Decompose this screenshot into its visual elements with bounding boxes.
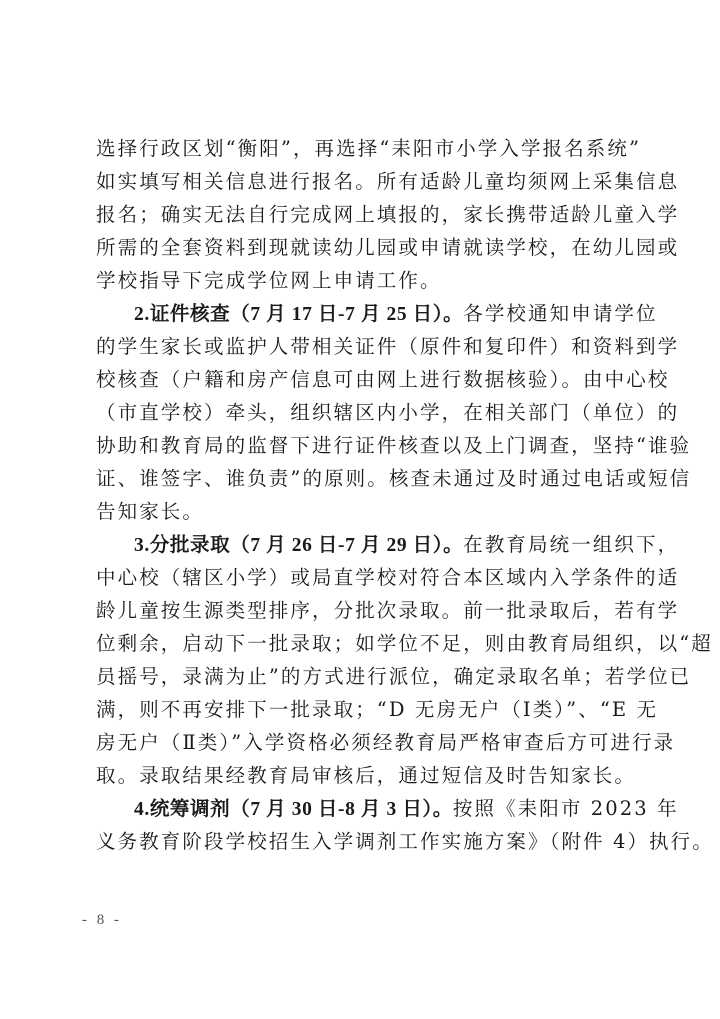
section-heading-certificate-check: 2.证件核查（7 月 17 日-7 月 25 日）。 <box>134 304 463 325</box>
text-line: 告知家长。 <box>96 495 624 528</box>
section-heading-line: 2.证件核查（7 月 17 日-7 月 25 日）。各学校通知申请学位 <box>96 297 624 330</box>
text-line: 校核查（户籍和房产信息可由网上进行数据核验）。由中心校 <box>96 363 624 396</box>
text-line: 满，则不再安排下一批录取；“D 无房无户（Ⅰ类）”、“E 无 <box>96 693 624 726</box>
document-page: 选择行政区划“衡阳”，再选择“耒阳市小学入学报名系统” 如实填写相关信息进行报名… <box>0 0 720 1019</box>
text-line: 协助和教育局的监督下进行证件核查以及上门调查，坚持“谁验 <box>96 429 624 462</box>
text-span: 按照《耒阳市 2023 年 <box>453 797 679 820</box>
section-heading-batch-admission: 3.分批录取（7 月 26 日-7 月 29 日）。 <box>134 535 463 556</box>
text-line: 位剩余，启动下一批录取；如学位不足，则由教育局组织，以“超 <box>96 627 624 660</box>
text-span: 各学校通知申请学位 <box>463 302 657 325</box>
text-line: 中心校（辖区小学）或局直学校对符合本区域内入学条件的适 <box>96 561 624 594</box>
text-line: 龄儿童按生源类型排序，分批次录取。前一批录取后，若有学 <box>96 594 624 627</box>
text-line: 证、谁签字、谁负责”的原则。核查未通过及时通过电话或短信 <box>96 462 624 495</box>
text-line: 员摇号，录满为止”的方式进行派位，确定录取名单；若学位已 <box>96 660 624 693</box>
text-line: 选择行政区划“衡阳”，再选择“耒阳市小学入学报名系统” <box>96 132 624 165</box>
page-number: - 8 - <box>82 912 122 929</box>
text-line: 学校指导下完成学位网上申请工作。 <box>96 264 624 297</box>
text-line: 的学生家长或监护人带相关证件（原件和复印件）和资料到学 <box>96 330 624 363</box>
text-line: 义务教育阶段学校招生入学调剂工作实施方案》（附件 4）执行。 <box>96 825 624 858</box>
section-heading-line: 4.统筹调剂（7 月 30 日-8 月 3 日）。按照《耒阳市 2023 年 <box>96 792 624 825</box>
section-heading-line: 3.分批录取（7 月 26 日-7 月 29 日）。在教育局统一组织下， <box>96 528 624 561</box>
section-heading-overall-adjustment: 4.统筹调剂（7 月 30 日-8 月 3 日）。 <box>134 799 453 820</box>
text-span: 在教育局统一组织下， <box>463 533 679 556</box>
document-body: 选择行政区划“衡阳”，再选择“耒阳市小学入学报名系统” 如实填写相关信息进行报名… <box>96 132 624 858</box>
text-line: 如实填写相关信息进行报名。所有适龄儿童均须网上采集信息 <box>96 165 624 198</box>
text-line: （市直学校）牵头，组织辖区内小学，在相关部门（单位）的 <box>96 396 624 429</box>
text-line: 所需的全套资料到现就读幼儿园或申请就读学校，在幼儿园或 <box>96 231 624 264</box>
text-line: 取。录取结果经教育局审核后，通过短信及时告知家长。 <box>96 759 624 792</box>
text-line: 报名；确实无法自行完成网上填报的，家长携带适龄儿童入学 <box>96 198 624 231</box>
text-line: 房无户（Ⅱ类）”入学资格必须经教育局严格审查后方可进行录 <box>96 726 624 759</box>
